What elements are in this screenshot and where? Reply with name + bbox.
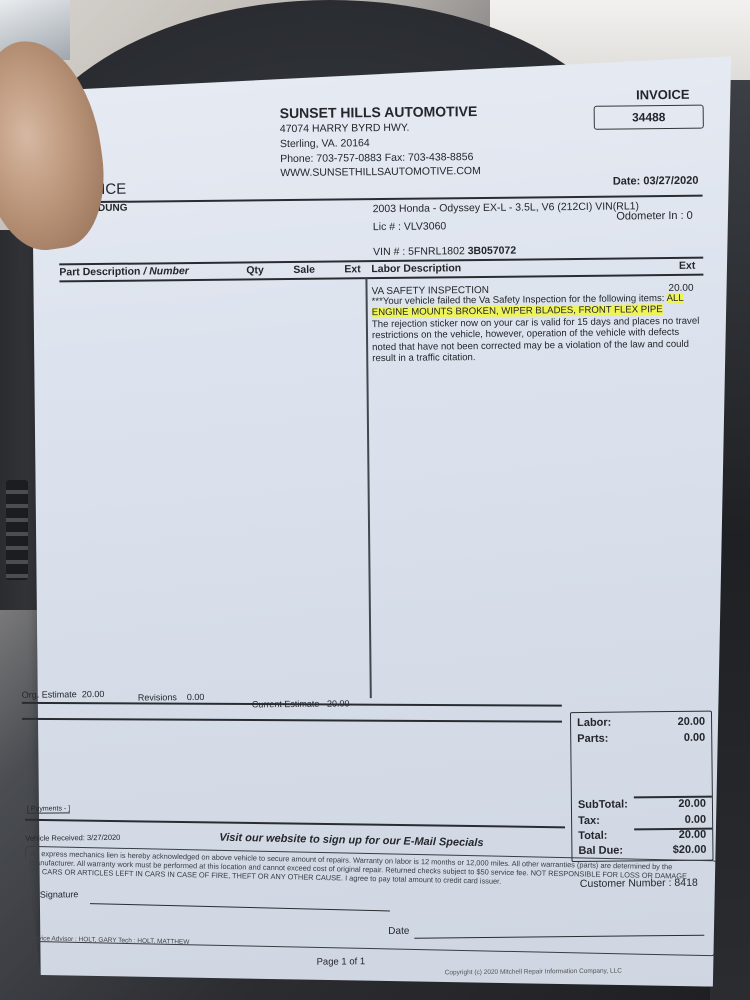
totals-total: Total:20.00 xyxy=(578,829,706,842)
col-qty: Qty xyxy=(246,264,264,276)
total-label: Total: xyxy=(578,830,607,842)
license-plate: Lic # : VLV3060 xyxy=(373,220,446,233)
col-part-description: Part Description / Number xyxy=(59,265,189,278)
date-label: Date xyxy=(388,926,409,937)
col-number-label: / Number xyxy=(140,265,189,278)
subtotal-label: SubTotal: xyxy=(578,798,628,811)
invoice-document: SUNSET HILLS AUTOMOTIVE 47074 HARRY BYRD… xyxy=(31,56,741,993)
email-specials: Visit our website to sign up for our E-M… xyxy=(219,832,483,850)
labor-description: ***Your vehicle failed the Va Safety Ins… xyxy=(372,293,703,365)
bal-due-value: $20.00 xyxy=(673,844,707,856)
totals-labor: Labor:20.00 xyxy=(577,716,705,729)
totals-tax: Tax:0.00 xyxy=(578,814,706,827)
org-estimate-label: Org. Estimate xyxy=(22,689,77,700)
subtotal-value: 20.00 xyxy=(678,798,706,810)
revisions: Revisions 0.00 xyxy=(138,692,205,703)
page-number: Page 1 of 1 xyxy=(317,956,366,968)
odometer: Odometer In : 0 xyxy=(616,210,693,223)
revisions-value: 0.00 xyxy=(187,692,205,702)
parts-total: 0.00 xyxy=(684,732,706,744)
parts-label: Parts: xyxy=(577,733,608,745)
col-labor-ext: Ext xyxy=(679,260,695,272)
company-name: SUNSET HILLS AUTOMOTIVE xyxy=(280,103,478,121)
tax-label: Tax: xyxy=(578,815,600,827)
copyright: Copyright (c) 2020 Mitchell Repair Infor… xyxy=(445,968,622,977)
payments-divider xyxy=(25,819,565,828)
invoice-label: INVOICE xyxy=(636,87,690,103)
col-sale: Sale xyxy=(293,264,315,276)
totals-parts: Parts:0.00 xyxy=(577,732,705,745)
vehicle-description: 2003 Honda - Odyssey EX-L - 3.5L, V6 (21… xyxy=(373,200,639,215)
customer-number: Customer Number : 8418 xyxy=(580,877,698,890)
totals-subtotal: SubTotal:20.00 xyxy=(578,798,706,811)
tax-value: 0.00 xyxy=(685,814,707,826)
col-part-label: Part Description xyxy=(59,266,140,279)
current-estimate: Current Estimate 20.00 xyxy=(252,698,350,709)
org-estimate-value: 20.00 xyxy=(82,689,105,699)
vin: VIN # : 5FNRL1802 3B057072 xyxy=(373,245,516,258)
labor-label: Labor: xyxy=(577,717,611,729)
signature-label: Signature xyxy=(40,889,79,899)
bal-due-label: Bal Due: xyxy=(578,845,623,857)
vin-suffix: 3B057072 xyxy=(468,245,517,258)
payments: [ Payments - ] xyxy=(27,805,70,813)
totals-box: Labor:20.00 Parts:0.00 SubTotal:20.00 Ta… xyxy=(570,711,714,862)
current-estimate-value: 20.00 xyxy=(327,698,350,708)
col-labor-description: Labor Description xyxy=(371,262,461,275)
labor-total: 20.00 xyxy=(677,716,705,728)
air-vent xyxy=(6,480,28,580)
estimate-divider-bottom xyxy=(22,718,562,722)
current-estimate-label: Current Estimate xyxy=(252,699,320,710)
vin-prefix: VIN # : 5FNRL1802 xyxy=(373,245,468,258)
company-phone-fax: Phone: 703-757-0883 Fax: 703-438-8856 xyxy=(280,151,473,165)
column-divider xyxy=(365,278,371,698)
totals-balance-due: Bal Due:$20.00 xyxy=(578,844,706,857)
company-address: 47074 HARRY BYRD HWY. xyxy=(280,122,410,135)
labor-desc-body: The rejection sticker now on your car is… xyxy=(372,316,700,365)
invoice-date: Date: 03/27/2020 xyxy=(613,175,699,188)
invoice-number: 34488 xyxy=(594,105,704,130)
company-city: Sterling, VA. 20164 xyxy=(280,137,370,150)
col-ext: Ext xyxy=(344,263,360,275)
company-website: WWW.SUNSETHILLSAUTOMOTIVE.COM xyxy=(280,165,481,179)
total-value: 20.00 xyxy=(679,829,707,841)
vehicle-received: Vehicle Received: 3/27/2020 xyxy=(25,833,120,843)
revisions-label: Revisions xyxy=(138,692,177,702)
org-estimate: Org. Estimate 20.00 xyxy=(22,689,105,700)
